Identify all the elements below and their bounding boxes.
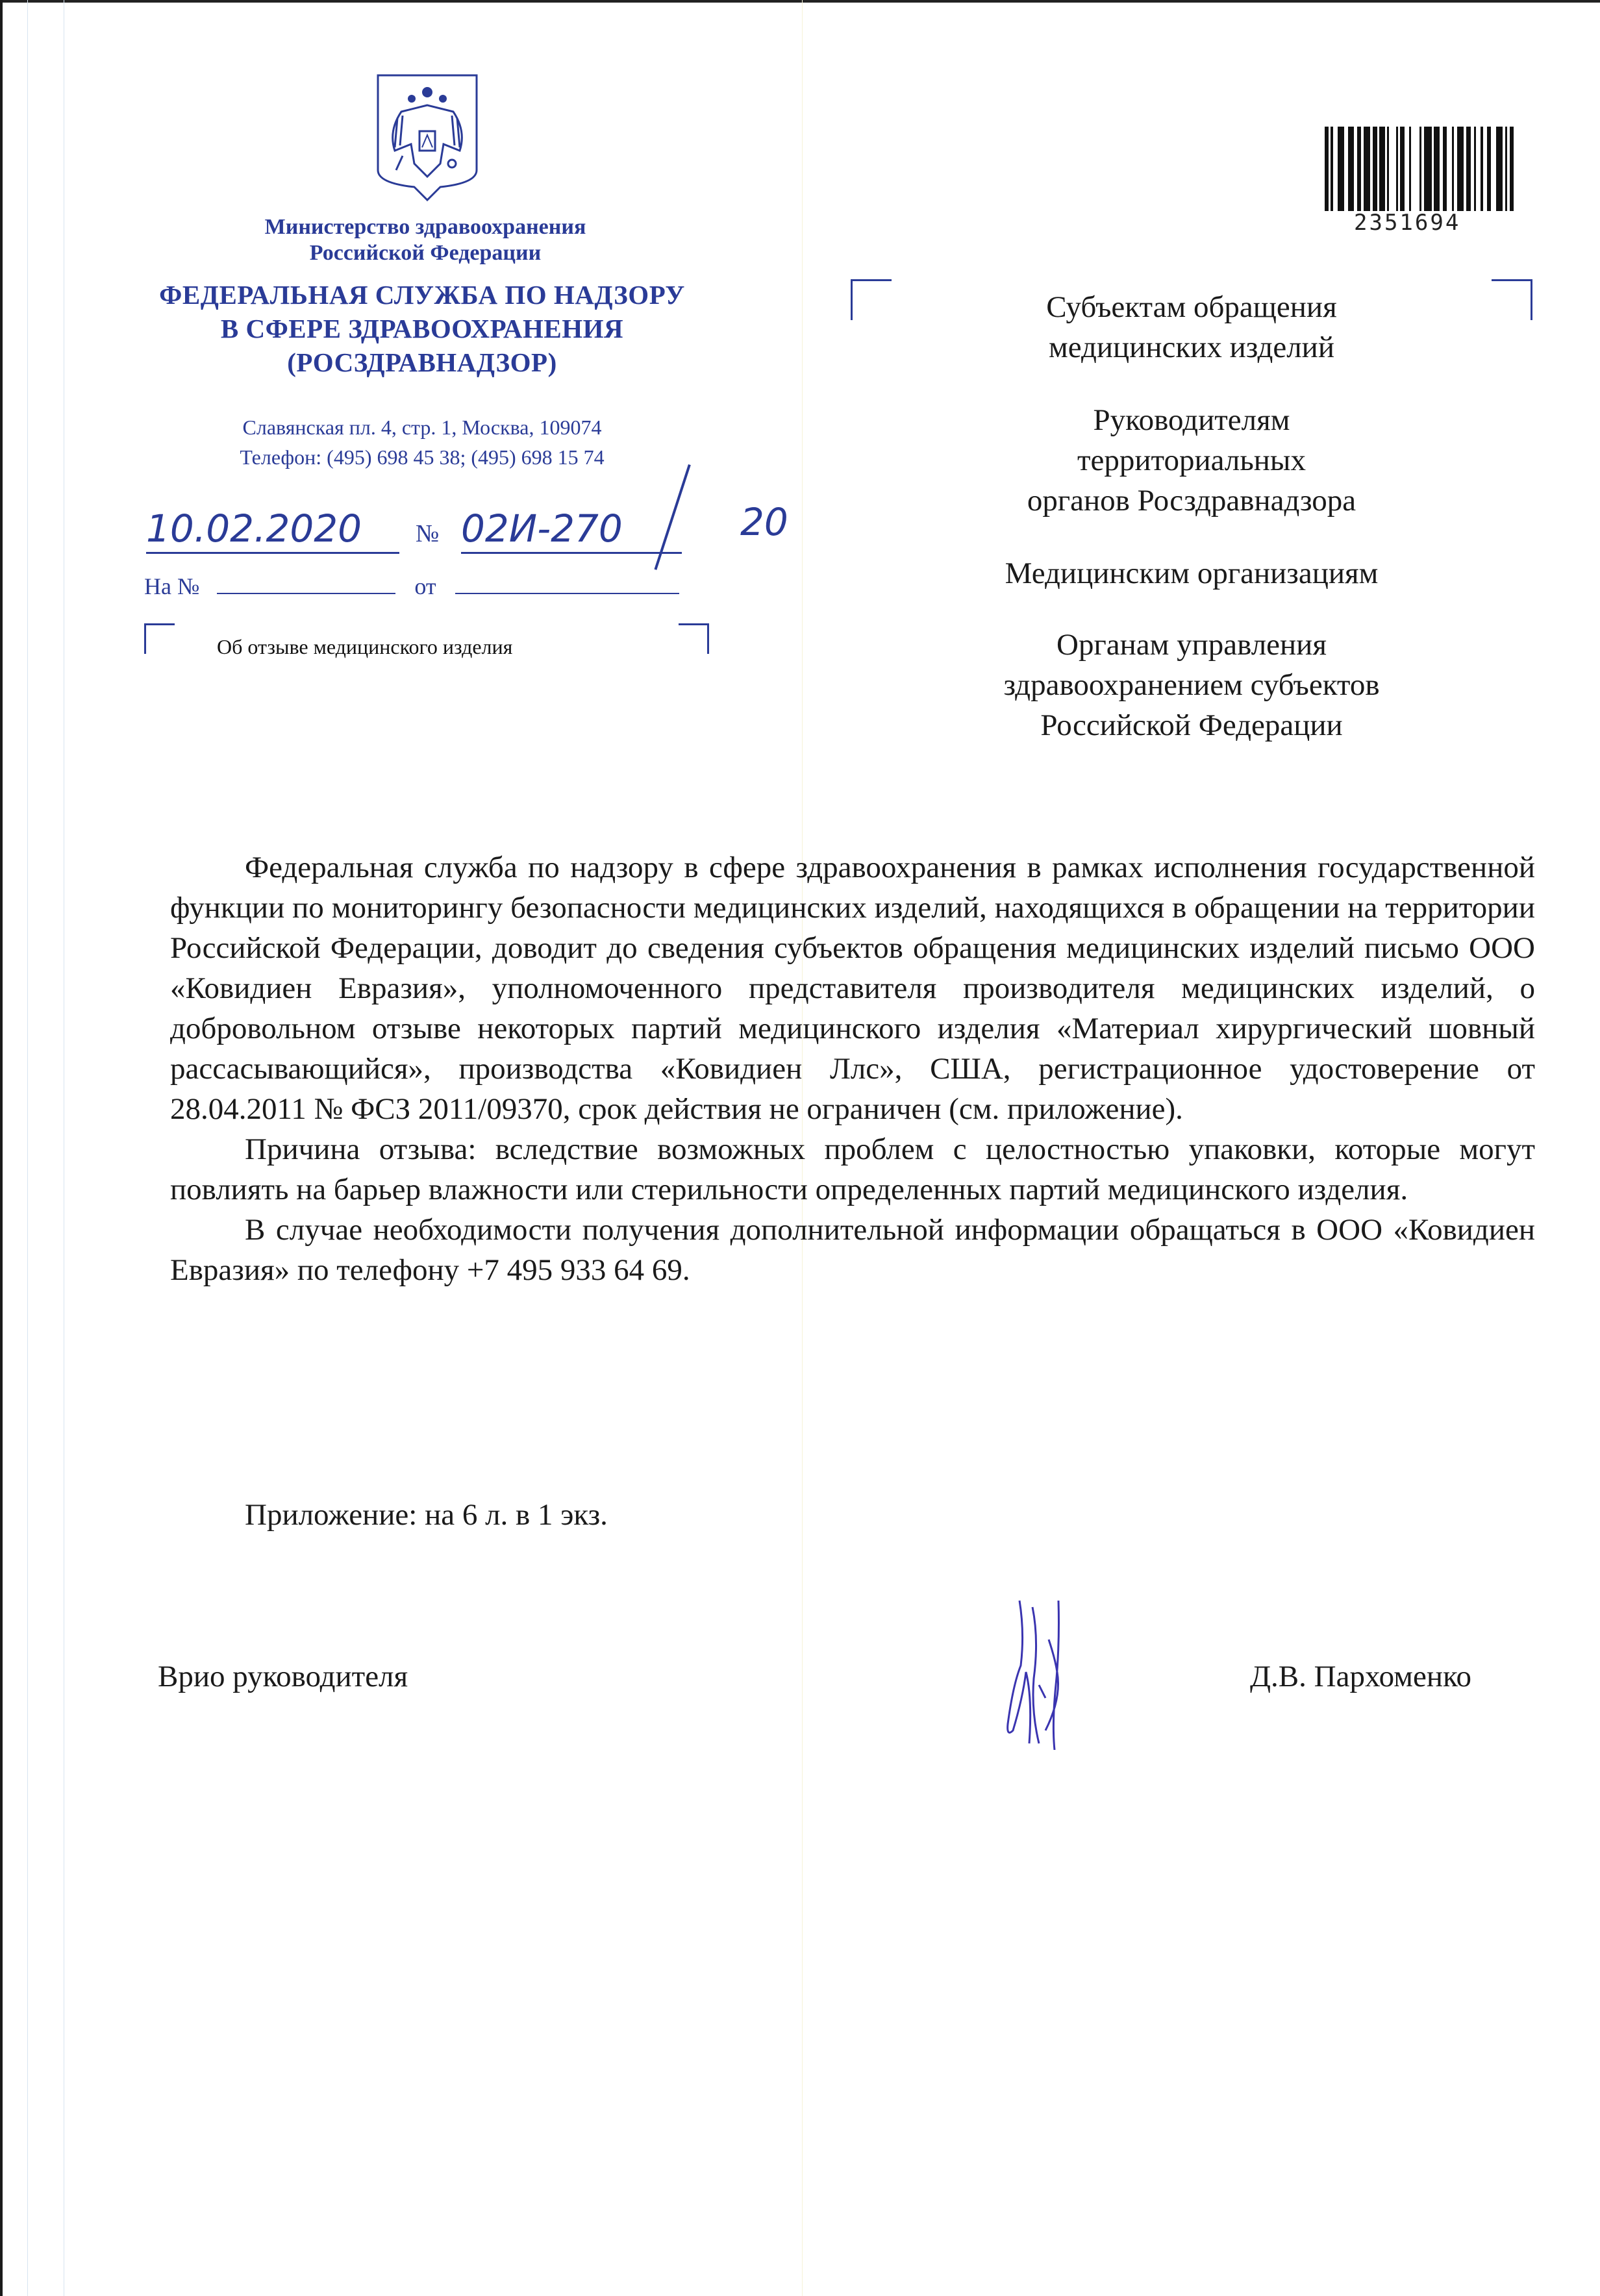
- service-name: ФЕДЕРАЛЬНАЯ СЛУЖБА ПО НАДЗОРУ В СФЕРЕ ЗД…: [130, 278, 714, 379]
- addressee-2: Руководителям территориальных органов Ро…: [851, 400, 1532, 521]
- addressee-line: органов Росздравнадзора: [851, 480, 1532, 521]
- service-line-2: В СФЕРЕ ЗДРАВООХРАНЕНИЯ: [130, 312, 714, 345]
- number-sign: №: [416, 519, 439, 548]
- addressee-line: Органам управления: [851, 625, 1532, 665]
- scan-artifact-line: [64, 0, 64, 2296]
- registration-date: 10.02.2020: [146, 506, 399, 554]
- service-line-1: ФЕДЕРАЛЬНАЯ СЛУЖБА ПО НАДЗОРУ: [130, 278, 714, 312]
- ministry-line-1: Министерство здравоохранения: [182, 214, 669, 240]
- addressee-line: Российской Федерации: [851, 705, 1532, 745]
- scan-top-edge: [0, 0, 1600, 3]
- handwritten-signature-icon: [994, 1594, 1091, 1750]
- addressee-4: Органам управления здравоохранением субъ…: [851, 625, 1532, 745]
- addressee-1: Субъектам обращения медицинских изделий: [851, 287, 1532, 368]
- phone-line: Телефон: (495) 698 45 38; (495) 698 15 7…: [156, 442, 688, 472]
- address-line: Славянская пл. 4, стр. 1, Москва, 109074: [156, 412, 688, 442]
- reply-number-label: На №: [144, 573, 199, 599]
- addressee-3: Медицинским организациям: [851, 553, 1532, 593]
- service-line-3: (РОСЗДРАВНАДЗОР): [130, 345, 714, 379]
- body-paragraph: В случае необходимости получения дополни…: [170, 1210, 1535, 1290]
- subject-text: Об отзыве медицинского изделия: [217, 635, 512, 659]
- sender-address: Славянская пл. 4, стр. 1, Москва, 109074…: [156, 412, 688, 472]
- registration-suffix: 20: [740, 500, 788, 544]
- addressee-line: Медицинским организациям: [851, 553, 1532, 593]
- body-paragraph: Федеральная служба по надзору в сфере зд…: [170, 847, 1535, 1129]
- barcode-number: 2351694: [1354, 210, 1460, 236]
- addressee-line: Руководителям: [851, 400, 1532, 440]
- addressee-line: здравоохранением субъектов: [851, 665, 1532, 705]
- barcode: [1325, 127, 1519, 211]
- addressee-line: медицинских изделий: [851, 327, 1532, 368]
- barcode-icon: [1325, 127, 1519, 211]
- letter-body: Федеральная служба по надзору в сфере зд…: [170, 847, 1535, 1290]
- subject-block: Об отзыве медицинского изделия: [144, 623, 709, 669]
- reply-number-blank: [217, 593, 395, 594]
- reply-from-label: от: [414, 573, 436, 599]
- reply-date-blank: [455, 593, 679, 594]
- attachment-note: Приложение: на 6 л. в 1 экз.: [245, 1497, 608, 1532]
- scan-left-edge: [0, 0, 3, 2296]
- signatory-name: Д.В. Пархоменко: [1250, 1659, 1471, 1694]
- registration-number: 02И-270: [461, 506, 682, 554]
- ministry-line-2: Российской Федерации: [182, 240, 669, 266]
- bracket-corner: [679, 623, 709, 654]
- signatory-role: Врио руководителя: [158, 1659, 408, 1694]
- bracket-corner: [144, 623, 175, 654]
- coat-of-arms-icon: [375, 73, 479, 203]
- addressee-line: территориальных: [851, 440, 1532, 480]
- scan-artifact-line: [27, 0, 28, 2296]
- ministry-name: Министерство здравоохранения Российской …: [182, 214, 669, 266]
- reply-reference-line: На № от: [144, 573, 679, 600]
- body-paragraph: Причина отзыва: вследствие возможных про…: [170, 1129, 1535, 1210]
- addressee-line: Субъектам обращения: [851, 287, 1532, 327]
